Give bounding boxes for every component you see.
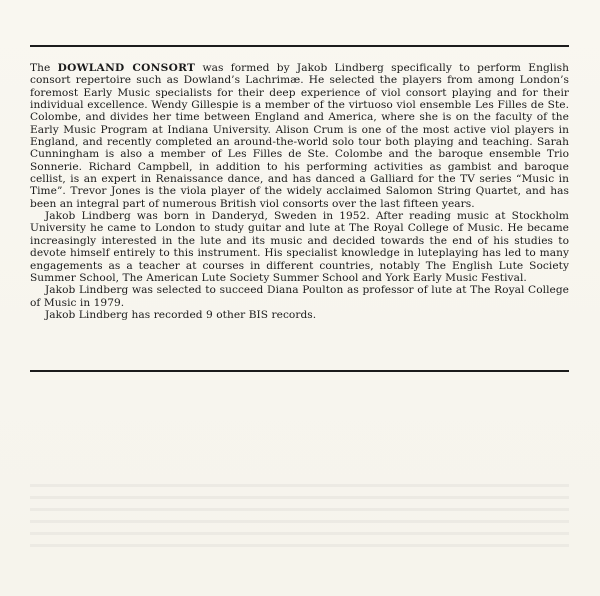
ensemble-name: DOWLAND CONSORT: [58, 62, 196, 74]
appointment-paragraph: Jakob Lindberg was selected to succeed D…: [30, 284, 569, 309]
booklet-page: The DOWLAND CONSORT was formed by Jakob …: [0, 0, 600, 596]
top-rule-divider: [30, 45, 569, 47]
reverse-side-show-through: [30, 478, 569, 548]
biography-paragraph: Jakob Lindberg was born in Danderyd, Swe…: [30, 210, 569, 284]
recordings-paragraph: Jakob Lindberg has recorded 9 other BIS …: [30, 309, 569, 321]
intro-text: was formed by Jakob Lindberg specificall…: [30, 62, 569, 210]
biography-text-block: The DOWLAND CONSORT was formed by Jakob …: [30, 62, 569, 321]
bottom-rule-divider: [30, 370, 569, 372]
intro-lead-word: The: [30, 62, 50, 74]
intro-paragraph: The DOWLAND CONSORT was formed by Jakob …: [30, 62, 569, 210]
